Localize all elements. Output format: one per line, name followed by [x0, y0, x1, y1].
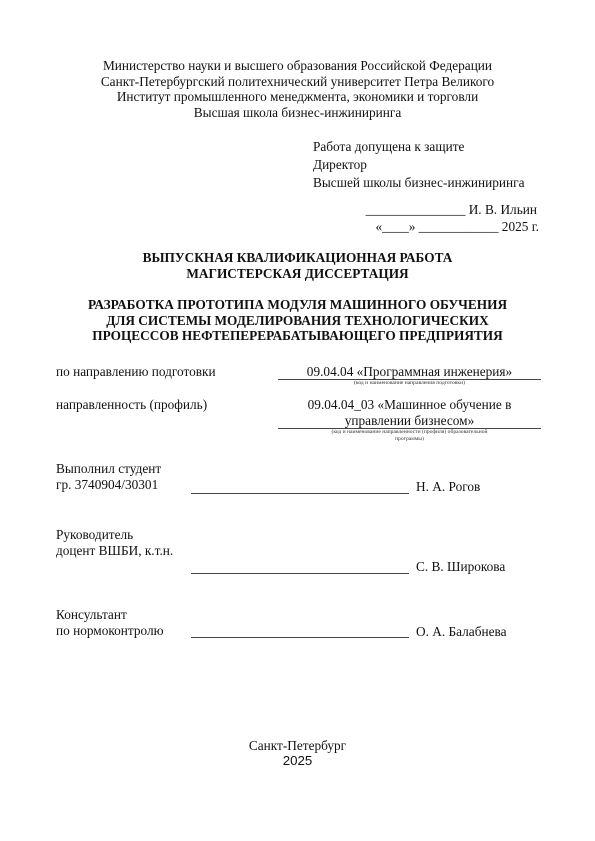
thesis-title-line: ПРОЦЕССОВ НЕФТЕПЕРЕРАБАТЫВАЮЩЕГО ПРЕДПРИ…: [0, 328, 595, 344]
direction-label: по направлению подготовки: [56, 364, 216, 380]
direction-value: 09.04.04 «Программная инженерия»: [278, 364, 541, 380]
student-group: гр. 3740904/30301: [56, 477, 161, 493]
approval-date: «____» ____________ 2025 г.: [375, 219, 539, 235]
profile-caption-line: программы): [278, 436, 541, 443]
consultant-area: по нормоконтролю: [56, 623, 164, 639]
director-signature: _______________ И. В. Ильин: [366, 202, 537, 218]
profile-value-line: 09.04.04_03 «Машинное обучение в: [278, 397, 541, 413]
supervisor-role: Руководитель доцент ВШБИ, к.т.н.: [56, 527, 173, 559]
profile-value: 09.04.04_03 «Машинное обучение в управле…: [278, 397, 541, 428]
institute-line: Институт промышленного менеджмента, экон…: [0, 89, 595, 105]
city: Санкт-Петербург: [0, 738, 595, 754]
supervisor-title: доцент ВШБИ, к.т.н.: [56, 543, 173, 559]
school-line: Высшая школа бизнес-инжиниринга: [0, 105, 595, 121]
student-signature-line: [191, 493, 409, 494]
consultant-role: Консультант по нормоконтролю: [56, 607, 164, 639]
student-role-line: Выполнил студент: [56, 461, 161, 477]
profile-caption-line: (код и наименование направленности (проф…: [278, 429, 541, 436]
profile-value-line: управлении бизнесом»: [278, 413, 541, 429]
work-type-line: ВЫПУСКНАЯ КВАЛИФИКАЦИОННАЯ РАБОТА: [0, 250, 595, 266]
work-type-line: МАГИСТЕРСКАЯ ДИССЕРТАЦИЯ: [0, 266, 595, 282]
thesis-title-line: ДЛЯ СИСТЕМЫ МОДЕЛИРОВАНИЯ ТЕХНОЛОГИЧЕСКИ…: [0, 313, 595, 329]
approval-line: Работа допущена к защите: [313, 138, 525, 156]
consultant-signature-line: [191, 637, 409, 638]
consultant-name: О. А. Балабнева: [416, 624, 506, 640]
direction-caption: (код и наименование направления подготов…: [278, 380, 541, 387]
thesis-title-line: РАЗРАБОТКА ПРОТОТИПА МОДУЛЯ МАШИННОГО ОБ…: [0, 297, 595, 313]
approval-position: Директор: [313, 156, 525, 174]
ministry-line: Министерство науки и высшего образования…: [0, 58, 595, 74]
year: 2025: [0, 753, 595, 768]
student-role: Выполнил студент гр. 3740904/30301: [56, 461, 161, 493]
profile-label: направленность (профиль): [56, 397, 207, 413]
student-name: Н. А. Рогов: [416, 479, 480, 495]
approval-department: Высшей школы бизнес-инжиниринга: [313, 174, 525, 192]
supervisor-role-line: Руководитель: [56, 527, 173, 543]
thesis-title: РАЗРАБОТКА ПРОТОТИПА МОДУЛЯ МАШИННОГО ОБ…: [0, 297, 595, 344]
institution-header: Министерство науки и высшего образования…: [0, 58, 595, 120]
profile-caption: (код и наименование направленности (проф…: [278, 429, 541, 443]
university-line: Санкт-Петербургский политехнический унив…: [0, 74, 595, 90]
approval-block: Работа допущена к защите Директор Высшей…: [313, 138, 525, 192]
consultant-role-line: Консультант: [56, 607, 164, 623]
supervisor-name: С. В. Широкова: [416, 559, 505, 575]
work-type: ВЫПУСКНАЯ КВАЛИФИКАЦИОННАЯ РАБОТА МАГИСТ…: [0, 250, 595, 281]
supervisor-signature-line: [191, 573, 409, 574]
